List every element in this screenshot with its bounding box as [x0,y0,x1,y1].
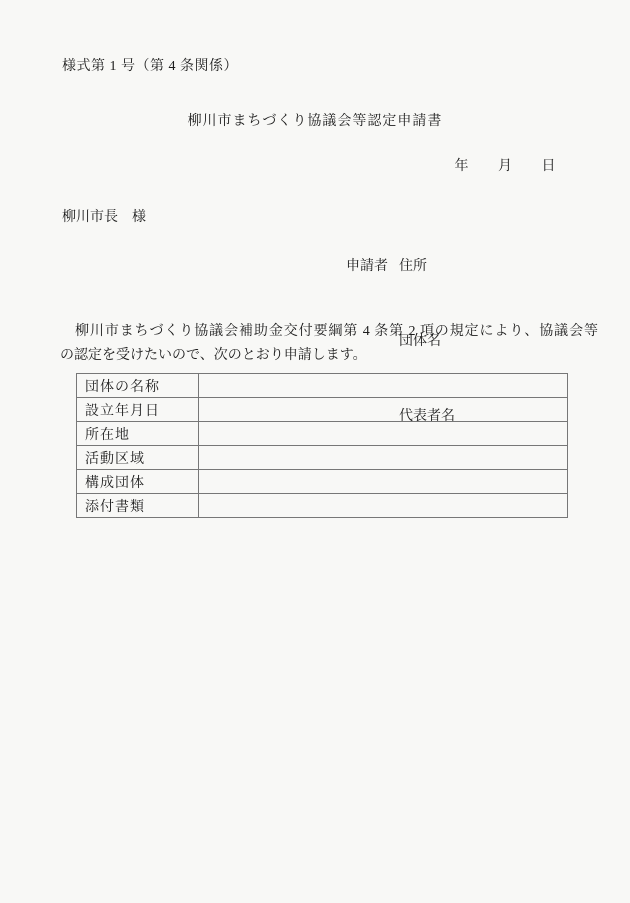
form-number: 様式第 1 号（第 4 条関係） [62,55,238,75]
table-row-location: 所在地 [77,422,568,446]
table-row-member-orgs: 構成団体 [77,470,568,494]
body-paragraph-line-2: の認定を受けたいので、次のとおり申請します。 [60,344,598,368]
applicant-line-address: 申請者住所 [325,229,455,304]
table-row-label: 活動区域 [77,446,199,470]
table-row-label: 設立年月日 [77,398,199,422]
body-paragraph: 柳川市まちづくり協議会補助金交付要綱第 4 条第 2 項の規定により、協議会等 … [60,320,598,368]
table-row-activity-area: 活動区域 [77,446,568,470]
table-row-label: 所在地 [77,422,199,446]
table-row-label: 添付書類 [77,494,199,518]
document-page: 様式第 1 号（第 4 条関係） 柳川市まちづくり協議会等認定申請書 年 月 日… [0,0,630,903]
table-row-label: 団体の名称 [77,374,199,398]
table-row-org-name: 団体の名称 [77,374,568,398]
table-row-label: 構成団体 [77,470,199,494]
table-row-founding-date: 設立年月日 [77,398,568,422]
table-row-value [199,398,568,422]
table-row-value [199,374,568,398]
applicant-field-address: 住所 [399,259,427,274]
addressee: 柳川市長 様 [62,206,146,226]
table-row-value [199,422,568,446]
table-row-attachments: 添付書類 [77,494,568,518]
table-row-value [199,494,568,518]
document-title: 柳川市まちづくり協議会等認定申請書 [0,110,630,130]
applicant-label: 申請者 [346,254,399,279]
table-row-value [199,446,568,470]
body-paragraph-line-1: 柳川市まちづくり協議会補助金交付要綱第 4 条第 2 項の規定により、協議会等 [60,320,598,344]
table-row-value [199,470,568,494]
date-line: 年 月 日 [455,155,557,175]
application-table: 団体の名称 設立年月日 所在地 活動区域 構成団体 添付書類 [76,373,568,518]
